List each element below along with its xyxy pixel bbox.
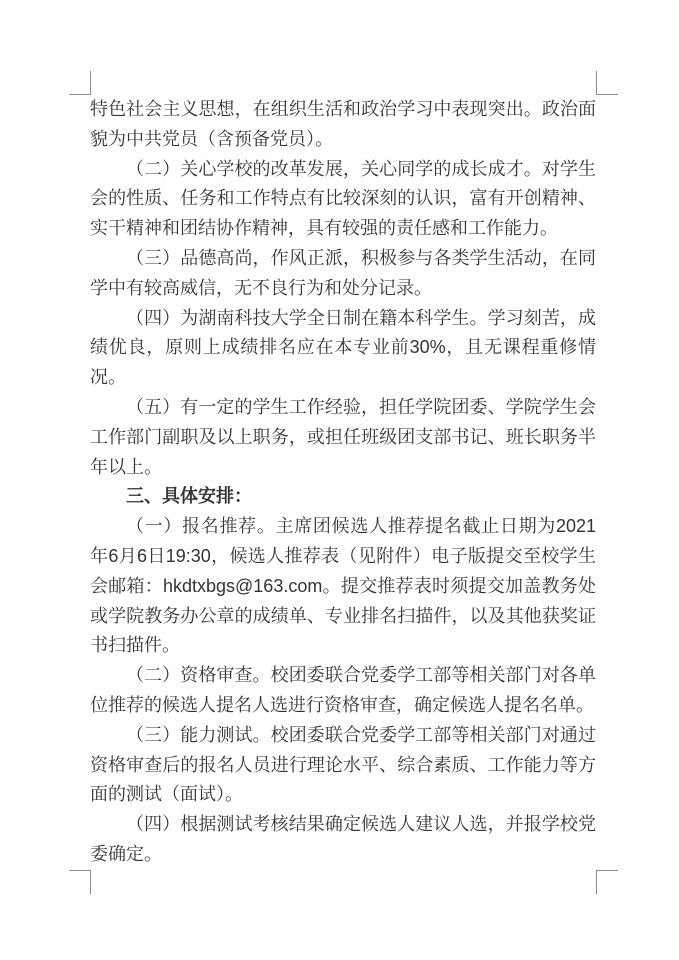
document-text-area: 特色社会主义思想，在组织生活和政治学习中表现突出。政治面貌为中共党员（含预备党员… <box>90 95 596 870</box>
body-paragraph-arrangement-2: （二）资格审查。校团委联合党委学工部等相关部门对各单位推荐的候选人提名人选进行资… <box>90 661 596 721</box>
body-paragraph-item-3: （三）品德高尚，作风正派，积极参与各类学生活动，在同学中有较高威信，无不良行为和… <box>90 244 596 304</box>
document-page: 特色社会主义思想，在组织生活和政治学习中表现突出。政治面貌为中共党员（含预备党员… <box>0 0 679 960</box>
text-boundary-mark-bottom-left <box>69 870 91 894</box>
body-paragraph-continuation: 特色社会主义思想，在组织生活和政治学习中表现突出。政治面貌为中共党员（含预备党员… <box>90 95 596 155</box>
body-paragraph-item-5: （五）有一定的学生工作经验，担任学院团委、学院学生会工作部门副职及以上职务，或担… <box>90 393 596 482</box>
body-paragraph-item-2: （二）关心学校的改革发展，关心同学的成长成才。对学生会的性质、任务和工作特点有比… <box>90 155 596 244</box>
body-paragraph-arrangement-4: （四）根据测试考核结果确定候选人建议人选，并报学校党委确定。 <box>90 810 596 870</box>
body-paragraph-item-4: （四）为湖南科技大学全日制在籍本科学生。学习刻苦，成绩优良，原则上成绩排名应在本… <box>90 304 596 393</box>
section-heading-arrangements: 三、具体安排： <box>90 482 596 512</box>
text-boundary-mark-bottom-right <box>596 870 618 894</box>
text-boundary-mark-top-right <box>596 71 618 95</box>
text-boundary-mark-top-left <box>69 71 91 95</box>
body-paragraph-arrangement-1: （一）报名推荐。主席团候选人推荐提名截止日期为2021年6月6日19:30，候选… <box>90 512 596 661</box>
body-paragraph-arrangement-3: （三）能力测试。校团委联合党委学工部等相关部门对通过资格审查后的报名人员进行理论… <box>90 721 596 810</box>
